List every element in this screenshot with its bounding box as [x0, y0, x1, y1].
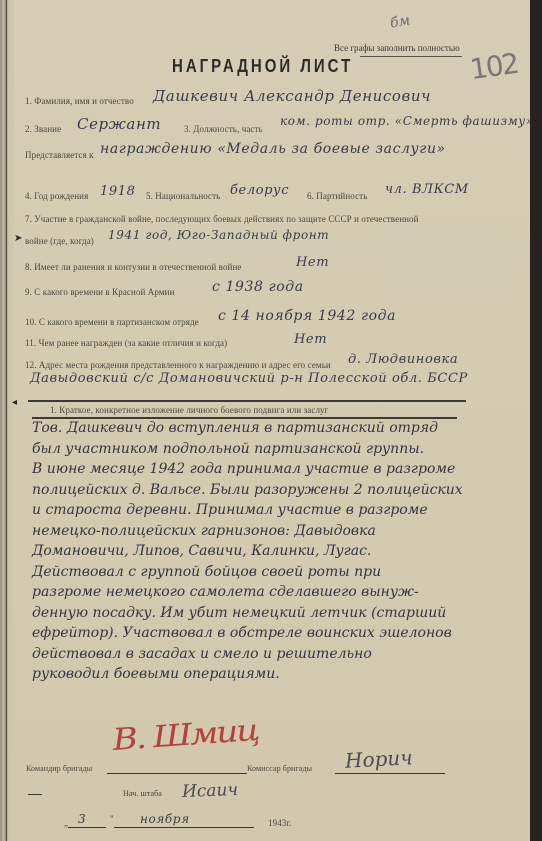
commissar-label: Комиссар бригады	[247, 764, 312, 773]
archive-page-number: 102	[468, 47, 520, 86]
feat-line: денную посадку. Им убит немецкий летчик …	[32, 603, 522, 624]
margin-mark: ➤	[14, 233, 22, 244]
field-4-value: 1918	[100, 184, 135, 199]
feat-line: был участником подпольной партизанской г…	[32, 439, 522, 460]
feat-line: Домановичи, Липов, Савичи, Калинки, Луга…	[32, 541, 522, 562]
feat-line: В июне месяце 1942 года принимал участие…	[32, 459, 522, 480]
award-sheet-page: бм 102 Все графы заполнить полностью НАГ…	[0, 0, 530, 841]
date-month-line	[114, 827, 254, 828]
field-6-value: чл. ВЛКСМ	[385, 182, 469, 197]
feat-line: руководил боевыми операциями.	[32, 664, 522, 685]
instruction-text: Все графы заполнить полностью	[334, 43, 460, 53]
dash-mark	[28, 794, 42, 795]
field-1-value: Дашкевич Александр Денисович	[153, 87, 431, 105]
nominated-label: Представляется к	[25, 150, 94, 160]
field-3-value: ком. роты отр. «Смерть фашизму»	[280, 114, 530, 128]
feat-description: Тов. Дашкевич до вступления в партизанск…	[32, 418, 522, 685]
commissar-signature-line	[335, 773, 445, 774]
feat-line: действовал в засадах и смело и решительн…	[32, 644, 522, 665]
chief-of-staff-signature: Исаич	[182, 780, 239, 802]
field-12-label: 12. Адрес места рождения представленного…	[25, 360, 331, 370]
field-12-value-line1: д. Людвиновка	[348, 352, 458, 367]
section-top-rule	[28, 400, 466, 402]
feat-line: разгроме немецкого самолета сделавшего в…	[32, 582, 522, 603]
date-day-line	[68, 827, 106, 828]
field-11-label: 11. Чем ранее награжден (за какие отличи…	[25, 338, 227, 348]
field-5-label: 5. Национальность	[146, 191, 220, 201]
scan-background-edge	[530, 0, 542, 841]
field-5-value: белорус	[230, 183, 289, 198]
field-10-label: 10. С какого времени в партизанском отря…	[25, 317, 199, 327]
date-month: ноября	[140, 812, 190, 826]
date-day: 3	[78, 812, 86, 826]
field-2-label: 2. Звание	[25, 124, 61, 134]
field-8-label: 8. Имеет ли ранения и контузии в отечест…	[25, 262, 241, 272]
field-8-value: Нет	[296, 255, 329, 270]
commissar-signature: Норич	[344, 745, 413, 773]
commander-label: Командир бригады	[26, 764, 92, 773]
field-11-value: Нет	[294, 332, 327, 347]
date-year: 1943г.	[268, 818, 292, 828]
feat-line: полицейских д. Вальсе. Были разоружены 2…	[32, 480, 522, 501]
chief-of-staff-label: Нач. штаба	[123, 789, 162, 798]
binding-edge	[0, 0, 14, 841]
archive-mark: бм	[389, 12, 412, 31]
field-1-label: 1. Фамилия, имя и отчество	[25, 96, 134, 106]
field-6-label: 6. Партийность	[307, 191, 367, 201]
field-4-label: 4. Год рождения	[25, 191, 88, 201]
field-3-label: 3. Должность, часть	[184, 124, 263, 134]
commander-signature-line	[107, 773, 247, 774]
field-9-label: 9. С какого времени в Красной Армии	[25, 287, 175, 297]
commander-signature: В. Шмиц	[111, 713, 259, 758]
feat-line: ефрейтор). Участвовал в обстреле воински…	[32, 623, 522, 644]
feat-line: и староста деревни. Принимал участие в р…	[32, 500, 522, 521]
field-7-label-line2: войне (где, когда)	[25, 236, 94, 246]
field-9-value: с 1938 года	[212, 279, 304, 295]
document-title: НАГРАДНОЙ ЛИСТ	[172, 56, 353, 77]
field-12-value-line2: Давыдовский с/с Домановичский р-н Полесс…	[30, 371, 468, 386]
field-7-value: 1941 год, Юго-Западный фронт	[108, 228, 329, 242]
feat-line: Действовал с группой бойцов своей роты п…	[32, 562, 522, 583]
binding-line	[6, 0, 7, 841]
field-10-value: с 14 ноября 1942 года	[218, 308, 396, 324]
feat-line: Тов. Дашкевич до вступления в партизанск…	[32, 418, 522, 439]
field-7-label-line1: 7. Участие в гражданской войне, последую…	[25, 214, 419, 224]
feat-section-heading: 1. Краткое, конкретное изложение личного…	[50, 405, 328, 415]
field-2-value: Сержант	[77, 115, 161, 133]
date-close-quote: "	[110, 814, 114, 824]
feat-line: немецко-полицейских гарнизонов: Давыдовк…	[32, 521, 522, 542]
nominated-value: награждению «Медаль за боевые заслуги»	[100, 141, 446, 157]
margin-mark: ◂	[12, 397, 17, 408]
instruction-underline	[360, 56, 462, 57]
